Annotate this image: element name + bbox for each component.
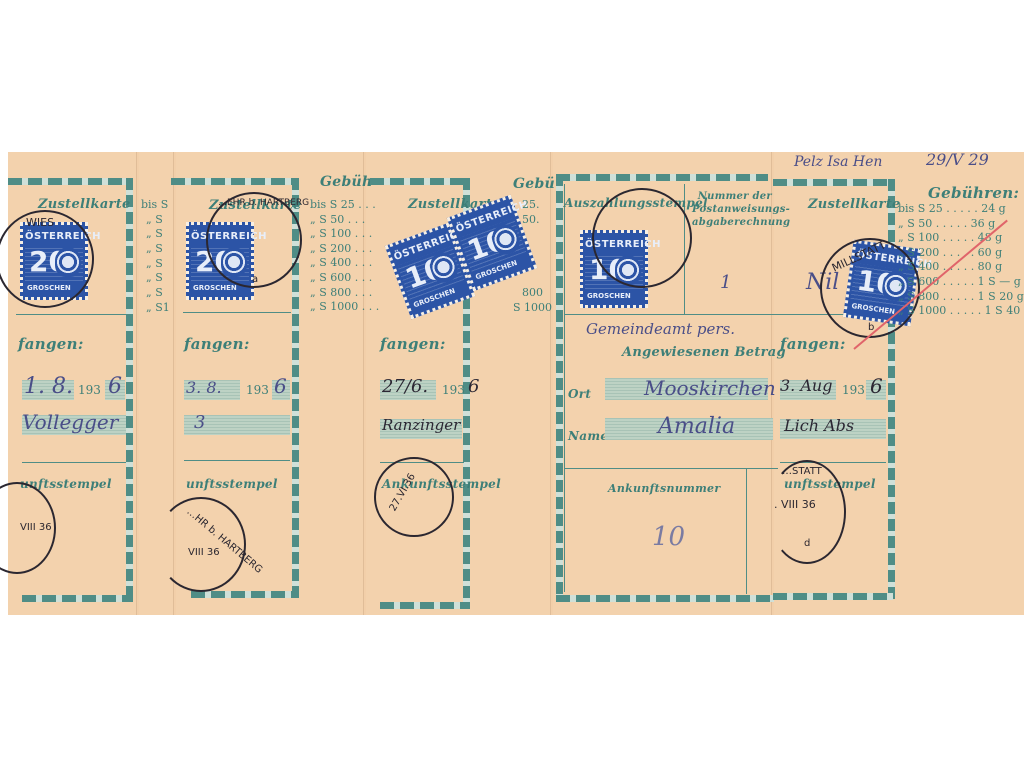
fee-row: bis S 25 . . . [310, 198, 376, 213]
number-handwritten: 1 [720, 272, 731, 293]
number-label: Nummer der Postanweisungs-abgaberechnung [692, 190, 772, 229]
name-handwritten: Vollegger [22, 410, 118, 434]
arrival-number-handwritten: 10 [652, 522, 685, 552]
year-prefix: 193 [78, 383, 101, 397]
arrival-postmark: …STATT . VIII 36 d [768, 460, 846, 564]
received-date-handwritten: 27/6. [382, 376, 428, 397]
arrival-postmark: VIII 36 [0, 482, 56, 574]
year-handwritten: 6 [468, 376, 479, 397]
fee-row: bis S 25 . . . . . 24 g [898, 202, 1006, 217]
border-ornament [556, 174, 563, 602]
fee-row: „ S 400 . . . [310, 256, 372, 271]
border-ornament [556, 174, 768, 181]
fee-heading: Gebühren: [928, 184, 1019, 202]
border-ornament [22, 595, 133, 602]
border-ornament [191, 591, 299, 598]
name-handwritten: Amalia [658, 414, 735, 439]
name-label: Name [568, 429, 608, 443]
strip-edge [136, 152, 139, 615]
fee-row: „ S 50 . . . [310, 213, 365, 228]
fee-row: „ S 1000 . . . [310, 300, 379, 315]
fee-row: „ S 800 . . . [310, 286, 372, 301]
name-handwritten: Ranzinger [382, 416, 460, 434]
fee-row: „ S 200 . . . [310, 242, 372, 257]
received-label: fangen: [780, 335, 846, 353]
frame-line [564, 184, 565, 592]
border-ornament [556, 595, 774, 602]
border-ornament [773, 179, 893, 186]
fee-prefix: bis S [141, 198, 168, 213]
divider [184, 460, 290, 461]
divider [564, 314, 778, 315]
fee-row: „ S 600 . . . . . 1 S — g [898, 275, 1021, 290]
border-ornament [126, 178, 133, 602]
year-handwritten: 6 [108, 374, 122, 399]
border-ornament [773, 593, 893, 600]
fee-row: „ S 50 . . . . . 36 g [898, 217, 995, 232]
postmark: WIES [0, 210, 94, 308]
received-label: fangen: [18, 335, 84, 353]
postmark: …EHR b. HARTBERG a [206, 192, 302, 288]
received-label: fangen: [184, 335, 250, 353]
fee-heading: Gebü [513, 176, 555, 192]
arrival-stamp-label: unftsstempel [186, 477, 278, 491]
fee-row: „ S 100 . . . [310, 227, 372, 242]
fee-row: „ S 1000 . . . . . 1 S 40 g [898, 304, 1024, 319]
fee-heading: Gebüh [320, 174, 373, 190]
fee-row: „ S 200 . . . . . 60 g [898, 246, 1002, 261]
border-ornament [171, 178, 299, 185]
received-date-handwritten: 1. 8. [24, 374, 73, 399]
year-prefix: 193 [842, 383, 865, 397]
amount-label: Angewiesenen Betrag [622, 345, 786, 360]
divider [22, 462, 126, 463]
name-handwritten: 3 [194, 412, 205, 433]
document-sheet: Zustellkarte fangen: 193 1. 8. 6 Vollegg… [8, 152, 1024, 615]
fee-row: „ S 600 . . . [310, 271, 372, 286]
received-label: fangen: [380, 335, 446, 353]
note-handwritten: Gemeindeamt pers. [586, 320, 735, 338]
top-note-handwritten: Pelz Isa Hen [794, 154, 882, 170]
received-date-handwritten: 3. Aug [780, 376, 832, 395]
card-title: Zustellkarte [808, 197, 901, 212]
year-prefix: 193 [442, 383, 465, 397]
arrival-postmark: …HR b. HARTBERG VIII 36 [156, 497, 246, 592]
top-date-handwritten: 29/V 29 [926, 150, 989, 169]
divider [183, 312, 291, 313]
received-date-handwritten: 3. 8. [186, 378, 222, 397]
name-handwritten: Lich Abs [784, 416, 854, 435]
place-handwritten: Mooskirchen [644, 376, 776, 400]
postmark [592, 188, 692, 288]
border-ornament [370, 178, 470, 185]
year-handwritten: 6 [274, 374, 287, 398]
arrival-postmark: 27.VI.36 [374, 457, 454, 537]
divider [16, 314, 126, 315]
arrival-number-label: Ankunftsnummer [608, 482, 720, 495]
border-ornament [380, 602, 470, 609]
border-ornament [8, 178, 133, 185]
place-label: Ort [568, 387, 591, 401]
year-handwritten: 6 [870, 374, 883, 398]
frame-line [746, 468, 747, 594]
strip-edge [550, 152, 553, 615]
year-prefix: 193 [246, 383, 269, 397]
